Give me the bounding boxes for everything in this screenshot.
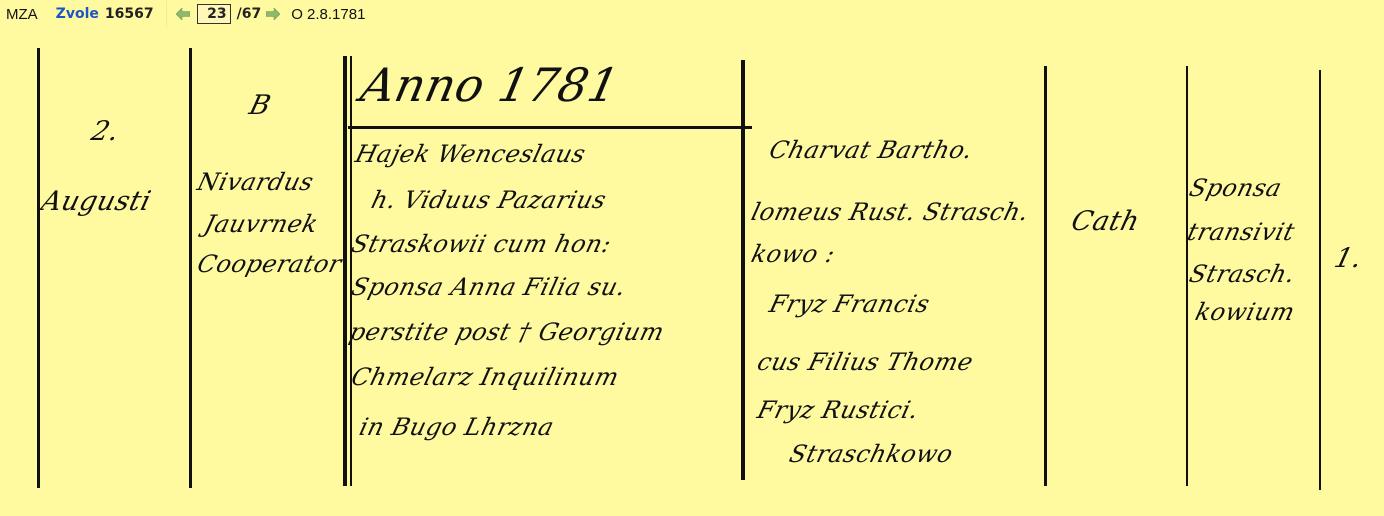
witness-line: cus Filius Thome [755,348,977,376]
archive-label: MZA [6,6,38,23]
priest-line: Cooperator [195,250,345,278]
column-rule [343,56,347,486]
prev-page-button[interactable] [175,8,191,20]
place-link[interactable]: Zvole [56,6,99,22]
next-page-button[interactable] [265,8,281,20]
groom-line: h. Viduus Pazarius [369,186,610,214]
witness-line: Fryz Rustici. [755,396,922,424]
witness-line: Fryz Francis [767,290,933,318]
column-rule [350,56,352,486]
witness-line: Charvat Bartho. [767,136,976,164]
column-rule [1319,70,1321,490]
note-line: Sponsa [1187,174,1285,202]
groom-line: Hajek Wenceslaus [353,140,589,168]
groom-line: perstite post † Georgium [347,318,668,346]
heading-rule [348,126,752,129]
priest-initial: B [246,90,274,121]
entry-count: 1. [1331,243,1365,274]
toolbar-divider [166,1,167,27]
groom-line: Straskowii cum hon: [349,230,615,258]
groom-line: Chmelarz Inquilinum [349,363,622,391]
date-month: Augusti [38,186,154,217]
priest-line: Nivardus [195,168,317,196]
viewer-toolbar: MZA Zvole 16567 /67 O 2.8.1781 [0,0,460,28]
section-label: O 2.8.1781 [291,6,365,23]
page-total: /67 [237,6,262,22]
witness-line: lomeus Rust. Strasch. [749,198,1032,226]
column-rule [1044,66,1047,486]
groom-line: in Bugo Lhrzna [357,413,558,441]
register-scan-image[interactable]: Anno 1781 2. Augusti B Nivardus Jauvrnek… [0,28,1384,516]
witness-line: Straschkowo [787,440,957,468]
witness-line: kowo : [749,240,839,268]
page-number-input[interactable] [197,4,231,24]
note-line: transivit [1185,218,1298,246]
column-rule [1186,66,1188,486]
register-heading: Anno 1781 [356,58,624,112]
arrow-left-icon [176,8,190,20]
groom-line: Sponsa Anna Filia su. [349,273,630,301]
priest-line: Jauvrnek [202,210,322,238]
note-line: kowium [1193,298,1298,326]
column-rule [37,48,40,488]
arrow-right-icon [266,8,280,20]
column-rule [741,60,745,480]
record-id: 16567 [105,6,154,22]
column-rule [189,48,192,488]
date-day: 2. [88,116,122,147]
religion-entry: Cath [1068,206,1143,237]
note-line: Strasch. [1187,260,1299,288]
